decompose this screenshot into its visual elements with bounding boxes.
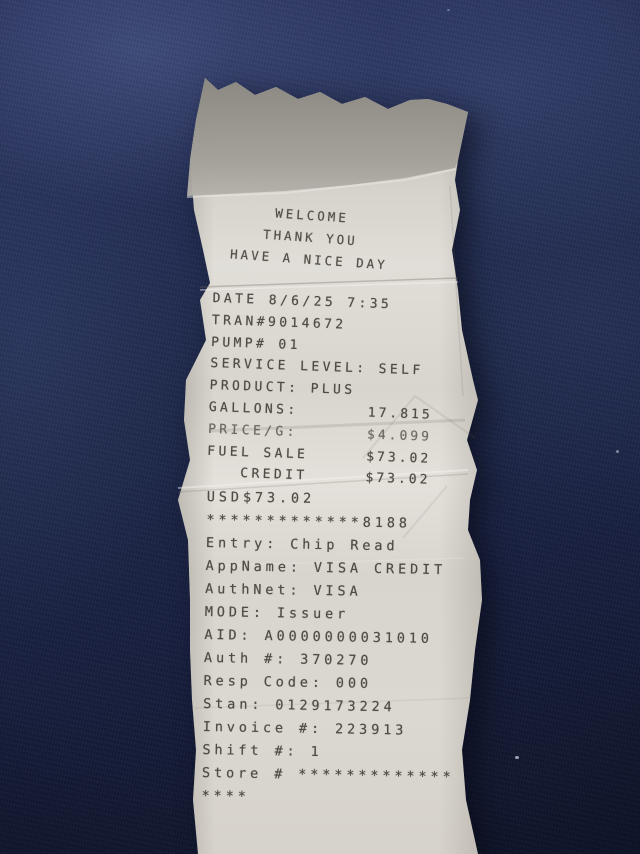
receipt-header: WELCOME THANK YOU HAVE A NICE DAY — [208, 198, 412, 278]
receipt-text: WELCOME THANK YOU HAVE A NICE DAY DATE 8… — [165, 66, 495, 854]
price-label: PRICE/G: — [208, 419, 299, 444]
fuel-sale-value: $73.02 — [366, 446, 432, 470]
gallons-label: GALLONS: — [208, 397, 299, 422]
credit-label: CREDIT — [206, 462, 308, 487]
receipt-photo: WELCOME THANK YOU HAVE A NICE DAY DATE 8… — [165, 66, 495, 854]
receipt-payment-section: USD$73.02 *************8188 Entry: Chip … — [201, 486, 487, 813]
price-value: $4.099 — [367, 424, 433, 448]
gallons-value: 17.815 — [367, 402, 433, 426]
store-number-line-2: **** — [201, 785, 481, 813]
receipt-sale-section: DATE 8/6/25 7:35 TRAN#9014672 PUMP# 01 S… — [206, 288, 453, 492]
